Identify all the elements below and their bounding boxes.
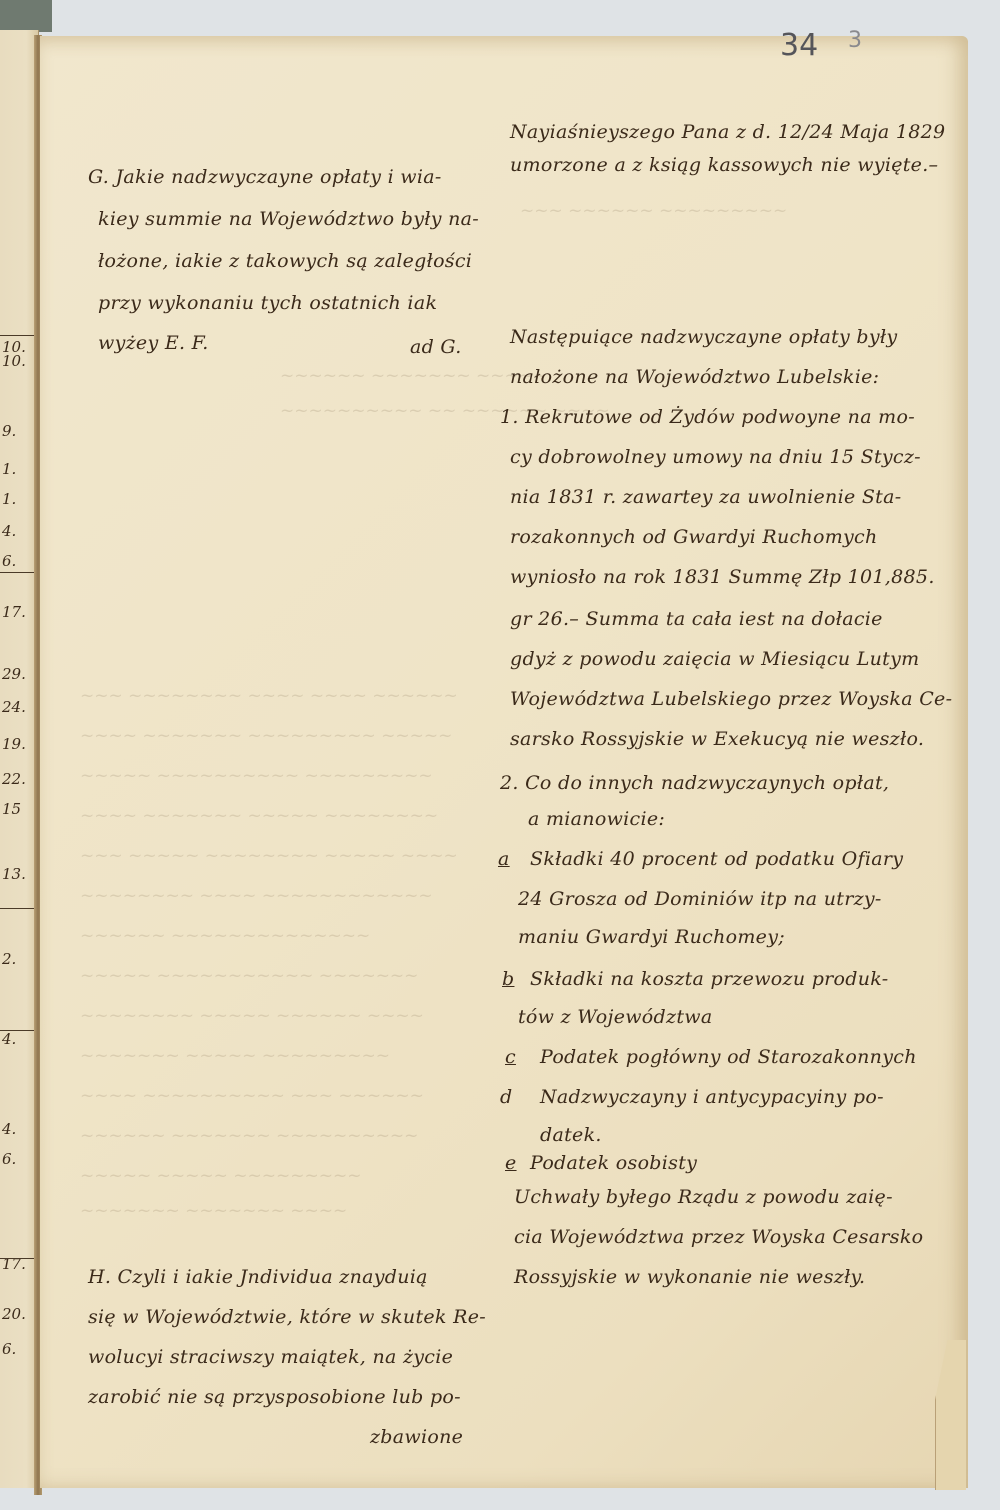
ad-g-marker: ad G.	[410, 336, 462, 358]
sub-item-line: 24 Grosza od Dominiów itp na utrzy-	[518, 888, 882, 910]
bleed-through-text: ~~~~~~ ~~~~~~~ ~~~~~	[280, 366, 547, 386]
question-g-line: G. Jakie nadzwyczayne opłaty i wia-	[88, 166, 442, 188]
bleed-through-text: ~~~~~ ~~~~~~~~~~ ~~~~~~~~~	[80, 766, 433, 786]
folio-secondary-mark: 3	[848, 28, 862, 53]
answer-line: a mianowicie:	[528, 808, 665, 830]
question-g-line: łożone, iakie z takowych są zaległości	[98, 250, 472, 272]
bleed-through-text: ~~~~ ~~~~~~~~~~ ~~~ ~~~~~~	[80, 1086, 424, 1106]
facing-page-rule	[0, 1258, 36, 1259]
answer-line: sarsko Rossyjskie w Exekucyą nie weszło.	[510, 728, 924, 750]
folio-number: 34	[780, 28, 818, 63]
facing-page-number: 29.	[2, 665, 26, 683]
bleed-through-text: ~~~~~~~~ ~~~~~ ~~~~~~ ~~~~	[80, 1006, 424, 1026]
bleed-through-text: ~~~~~~ ~~~~~~~~~~~~~~	[80, 926, 370, 946]
sub-item-line: maniu Gwardyi Ruchomey;	[518, 926, 785, 948]
facing-page-number: 4.	[2, 522, 16, 540]
sub-item-label: e	[505, 1152, 517, 1174]
facing-page-rule	[0, 572, 36, 573]
sub-item-line: Nadzwyczayny i antycypacyiny po-	[540, 1086, 884, 1108]
answer-line: gr 26.– Summa ta cała iest na dołacie	[510, 608, 883, 630]
facing-page-number: 6.	[2, 1340, 16, 1358]
answer-line: gdyż z powodu zaięcia w Miesiącu Lutym	[510, 648, 919, 670]
answer-line: nałożone na Województwo Lubelskie:	[510, 366, 879, 388]
closing-line: Uchwały byłego Rządu z powodu zaię-	[514, 1186, 893, 1208]
facing-page-number: 17.	[2, 603, 26, 621]
question-h-line: zarobić nie są przysposobione lub po-	[88, 1386, 461, 1408]
bleed-through-text: ~~~~ ~~~~~~~ ~~~~~~~~~ ~~~~~	[80, 726, 452, 746]
question-h-line: wolucyi straciwszy maiątek, na życie	[88, 1346, 453, 1368]
sub-item-label: c	[505, 1046, 516, 1068]
sub-item-line: datek.	[540, 1124, 602, 1146]
facing-page-number: 15	[2, 800, 21, 818]
facing-page-number: 1.	[2, 460, 16, 478]
facing-page-number: 6.	[2, 552, 16, 570]
question-g-line: przy wykonaniu tych ostatnich iak	[98, 292, 437, 314]
facing-page-number: 9.	[2, 422, 16, 440]
question-h-line: zbawione	[370, 1426, 463, 1448]
scanner-edge	[0, 0, 52, 32]
question-g-line: wyżey E. F.	[98, 332, 209, 354]
bleed-through-text: ~~~~~~~~ ~~~~ ~~~~~~~~~~~~	[80, 886, 433, 906]
facing-page-number: 10.	[2, 352, 26, 370]
facing-page-rule	[0, 908, 36, 909]
bleed-through-text: ~~~~~~ ~~~~~~~ ~~~~~~~~~~	[80, 1126, 418, 1146]
sub-item-line: tów z Województwa	[518, 1006, 712, 1028]
facing-page-number: 6.	[2, 1150, 16, 1168]
facing-page-number: 13.	[2, 865, 26, 883]
facing-page-number: 1.	[2, 490, 16, 508]
continuation-line: Nayiaśnieyszego Pana z d. 12/24 Maja 182…	[510, 121, 945, 143]
closing-line: cia Województwa przez Woyska Cesarsko	[514, 1226, 923, 1248]
sub-item-label: a	[498, 848, 510, 870]
sub-item-label: b	[502, 968, 514, 990]
bleed-through-text: ~~~~~~~ ~~~~~~~ ~~~~	[80, 1201, 347, 1221]
answer-line: 1. Rekrutowe od Żydów podwoyne na mo-	[500, 406, 915, 428]
sub-item-label: d	[500, 1086, 512, 1108]
facing-page-number: 24.	[2, 698, 26, 716]
facing-page-number: 22.	[2, 770, 26, 788]
sub-item-line: Składki 40 procent od podatku Ofiary	[530, 848, 903, 870]
question-g-line: kiey summie na Województwo były na-	[98, 208, 479, 230]
answer-line: 2. Co do innych nadzwyczaynych opłat,	[500, 772, 889, 794]
sub-item-line: Podatek osobisty	[530, 1152, 697, 1174]
sub-item-line: Składki na koszta przewozu produk-	[530, 968, 889, 990]
facing-page-number: 20.	[2, 1305, 26, 1323]
bleed-through-text: ~~~ ~~~~~~~~ ~~~~ ~~~~ ~~~~~~	[80, 686, 458, 706]
bleed-through-text: ~~~~~~~ ~~~~~ ~~~~~~~~~	[80, 1046, 390, 1066]
manuscript-page: ~~~ ~~~~~~ ~~~~~~~~~ ~~~~~~ ~~~~~~~ ~~~~…	[40, 36, 968, 1488]
answer-line: cy dobrowolney umowy na dniu 15 Stycz-	[510, 446, 921, 468]
facing-page-number: 2.	[2, 950, 16, 968]
question-h-line: się w Województwie, które w skutek Re-	[88, 1306, 486, 1328]
answer-line: Województwa Lubelskiego przez Woyska Ce-	[510, 688, 952, 710]
answer-line: rozakonnych od Gwardyi Ruchomych	[510, 526, 878, 548]
bleed-through-text: ~~~ ~~~~~~ ~~~~~~~~~	[520, 201, 787, 221]
bleed-through-text: ~~~~~ ~~~~~~~~~~~ ~~~~~~~	[80, 966, 418, 986]
question-h-line: H. Czyli i iakie Jndividua znayduią	[88, 1266, 428, 1288]
facing-page-number: 19.	[2, 735, 26, 753]
bleed-through-text: ~~~ ~~~~~ ~~~~~~~~ ~~~~~ ~~~~	[80, 846, 458, 866]
bleed-through-text: ~~~~~ ~~~~~ ~~~~~~~~~	[80, 1166, 361, 1186]
sub-item-line: Podatek pogłówny od Starozakonnych	[540, 1046, 917, 1068]
closing-line: Rossyjskie w wykonanie nie weszły.	[514, 1266, 865, 1288]
answer-line: nia 1831 r. zawartey za uwolnienie Sta-	[510, 486, 901, 508]
facing-page-rule	[0, 1030, 36, 1031]
facing-page-number: 4.	[2, 1030, 16, 1048]
answer-line: wyniosło na rok 1831 Summę Złp 101,885.	[510, 566, 935, 588]
answer-line: Następuiące nadzwyczayne opłaty były	[510, 326, 897, 348]
bleed-through-text: ~~~~ ~~~~~~~ ~~~~~ ~~~~~~~~	[80, 806, 438, 826]
facing-page-rule	[0, 335, 36, 336]
facing-page-number: 4.	[2, 1120, 16, 1138]
continuation-line: umorzone a z ksiąg kassowych nie wyięte.…	[510, 154, 938, 176]
